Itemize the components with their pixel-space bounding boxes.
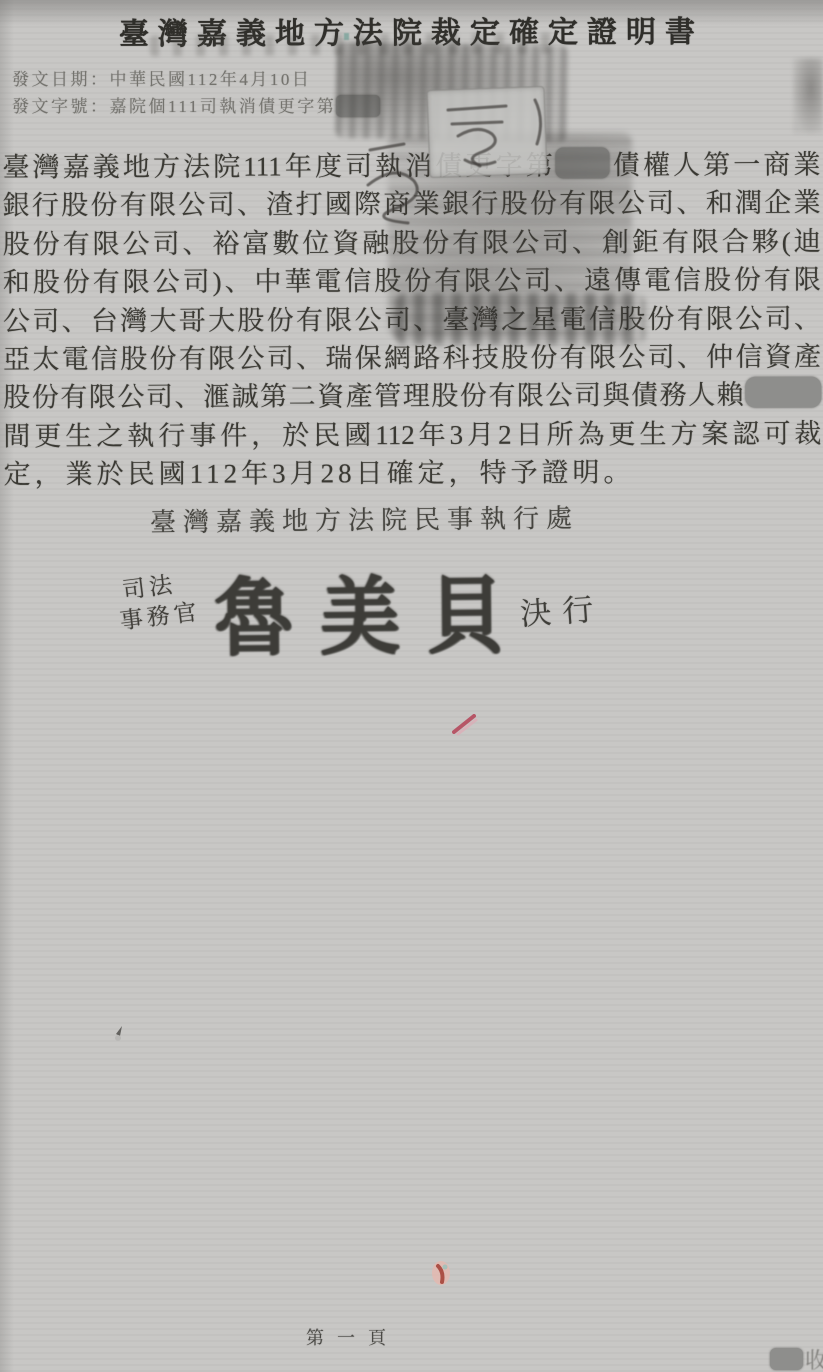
body-line: 股份有限公司、滙誠第二資產管理股份有限公司與債務人賴 (3, 376, 821, 417)
redaction-box-case-number (556, 147, 610, 178)
ink-speck (112, 1024, 126, 1042)
edge-ink-smudge (793, 58, 823, 134)
doc-number-text: 發文字號：嘉院個111司執消債更字第 (12, 97, 336, 116)
body-line: 和股份有限公司)、中華電信股份有限公司、遠傳電信股份有限 (3, 261, 821, 302)
officer-name-stamp: 魯美貝 (214, 547, 533, 672)
body-line: 股份有限公司、裕富數位資融股份有限公司、創鉅有限合夥(迪 (3, 222, 821, 263)
red-pen-mark (450, 710, 480, 738)
bottom-right-corner: 收 (770, 1344, 823, 1372)
redaction-box-corner (770, 1348, 803, 1370)
scan-artifact-speck (344, 33, 349, 40)
redaction-box-doc-number (336, 95, 380, 117)
issue-date-text: 發文日期：中華民國112年4月10日 (12, 70, 311, 89)
scanned-court-certificate: { "document": { "title": "臺灣嘉義地方法院裁定確定證明… (0, 0, 823, 1372)
body-line: 定，業於民國112年3月28日確定，特予證明。 (3, 453, 821, 494)
issue-date-line: 發文日期：中華民國112年4月10日 (12, 66, 380, 93)
body-line: 間更生之執行事件，於民國112年3月2日所為更生方案認可裁 (3, 414, 821, 455)
document-meta: 發文日期：中華民國112年4月10日 發文字號：嘉院個111司執消債更字第 (12, 66, 380, 120)
body-line: 臺灣嘉義地方法院111年度司執消債更字第債權人第一商業 (2, 146, 820, 187)
doc-number-line: 發文字號：嘉院個111司執消債更字第 (12, 93, 380, 120)
corner-fragment-char: 收 (805, 1344, 823, 1372)
court-seal-inner-panel (427, 86, 548, 178)
approval-label: 決行 (519, 583, 606, 634)
body-line: 銀行股份有限公司、渣打國際商業銀行股份有限公司、和潤企業 (3, 184, 821, 225)
body-line: 公司、台灣大哥大股份有限公司、臺灣之星電信股份有限公司、 (3, 299, 821, 340)
body-line: 亞太電信股份有限公司、瑞保網路科技股份有限公司、仲信資產 (3, 338, 821, 379)
issuing-office: 臺灣嘉義地方法院民事執行處 (150, 498, 579, 539)
body-line1-post: 債權人第一商業 (610, 150, 821, 181)
body-line7-pre: 股份有限公司、滙誠第二資產管理股份有限公司與債務人賴 (3, 380, 745, 413)
officer-title: 司法 事務官 (115, 567, 203, 636)
bleed-through-ghost-text (150, 33, 558, 57)
redaction-box-debtor-name (745, 377, 821, 408)
page-number: 第一頁 (306, 1324, 399, 1350)
body-paragraph: 臺灣嘉義地方法院111年度司執消債更字第債權人第一商業 銀行股份有限公司、渣打國… (2, 146, 821, 495)
red-ink-dot (428, 1258, 454, 1288)
